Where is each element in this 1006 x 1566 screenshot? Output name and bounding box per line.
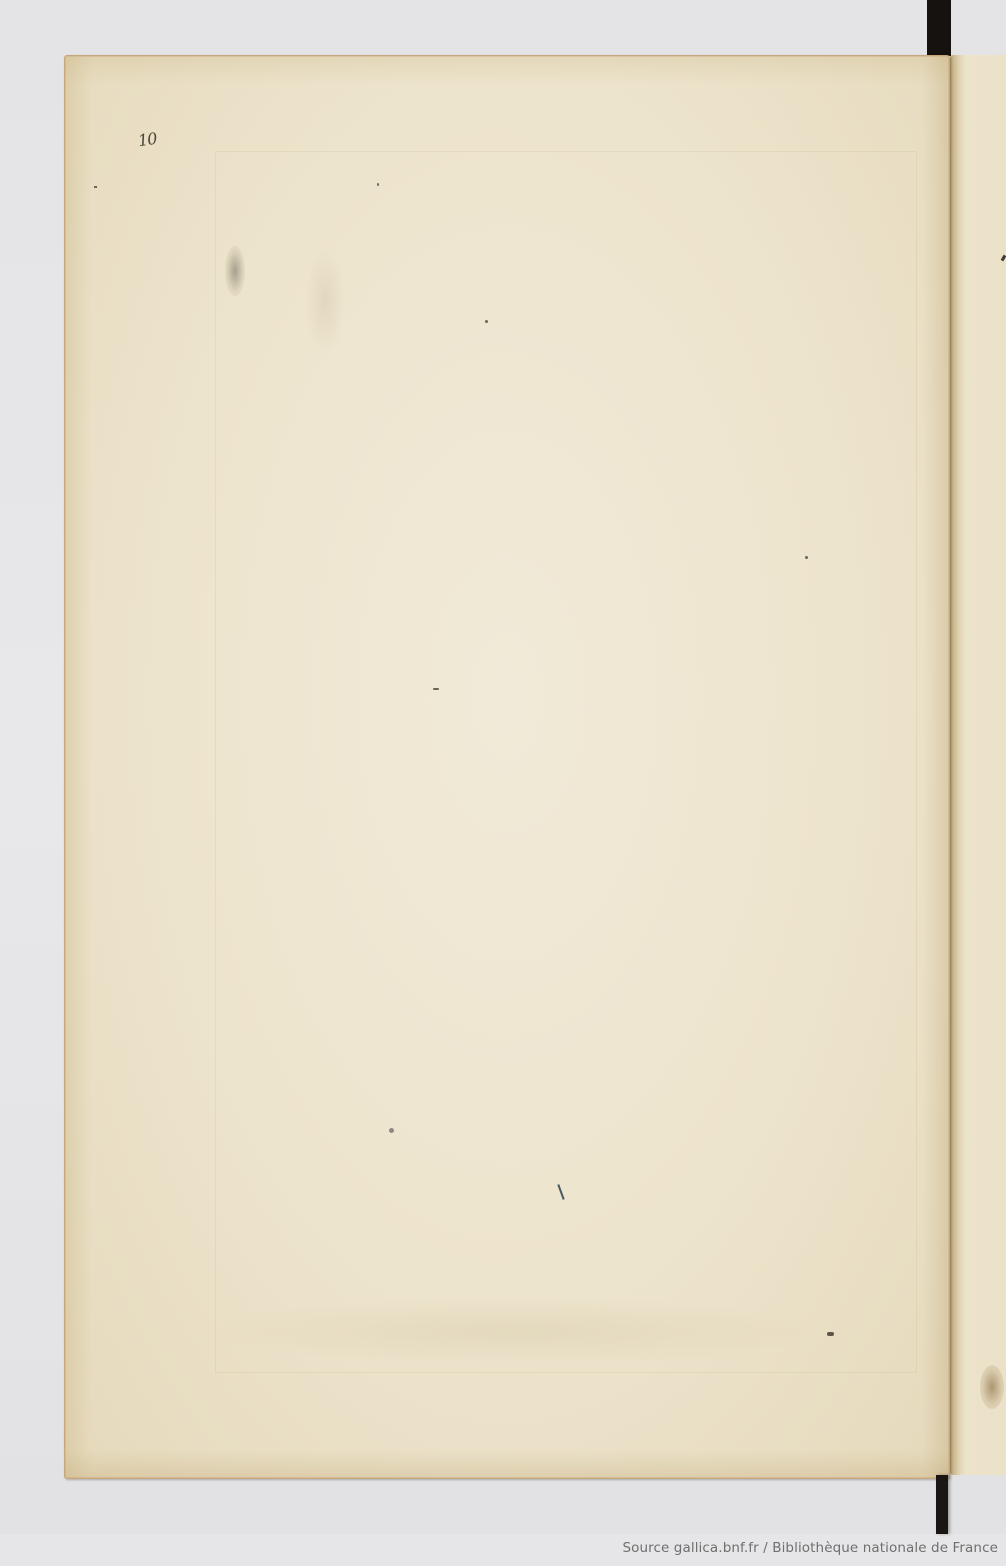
speck [485,320,488,323]
speck [557,1184,564,1200]
facing-page-edge [950,55,1006,1475]
bookmark-ribbon-bottom [936,1475,948,1534]
speck [805,556,808,559]
folio-number: 10 [137,129,158,150]
facing-page-mark [1001,255,1006,262]
source-caption: Source gallica.bnf.fr / Bibliothèque nat… [622,1540,998,1556]
speck [389,1128,394,1133]
speck [827,1332,834,1336]
blank-page: 10 [64,55,950,1479]
speck [94,186,97,188]
speck [377,183,379,186]
facing-page-stain [980,1365,1004,1409]
plate-impression-frame [215,151,917,1373]
foxing-spot [225,246,245,296]
foxing-area [205,1296,825,1366]
bookmark-ribbon-top [927,0,951,56]
foxing-spot [305,246,345,356]
speck [433,688,439,690]
